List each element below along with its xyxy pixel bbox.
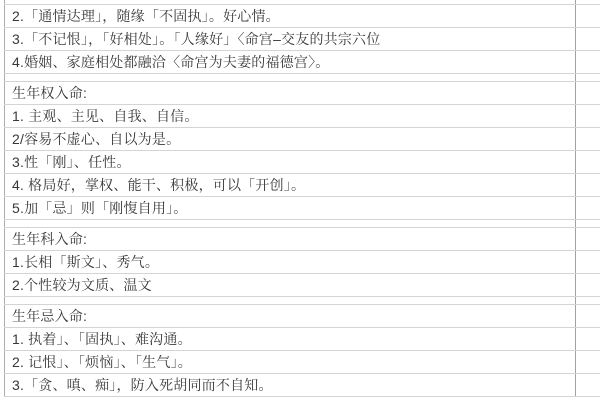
row-stub xyxy=(576,74,600,81)
table-row: 1. 主观、主见、自我、自信。 xyxy=(4,105,600,128)
table-row: 5.加「忌」则「刚愎自用」。 xyxy=(4,197,600,220)
row-text: 1.长相「斯文」、秀气。 xyxy=(4,251,576,273)
row-stub xyxy=(576,174,600,196)
table-row-spacer xyxy=(4,297,600,305)
section-heading-text: 生年科入命: xyxy=(4,228,576,250)
row-stub xyxy=(576,5,600,27)
row-text: 3.「不记恨」，「好相处」。「人缘好」〈命宫–交友的共宗六位 xyxy=(4,28,576,50)
table-row: 4. 格局好，掌权、能干、积极，可以「开创」。 xyxy=(4,174,600,197)
table-row: 2. 记恨」、「烦恼」、「生气」。 xyxy=(4,351,600,374)
row-text: 5.加「忌」则「刚愎自用」。 xyxy=(4,197,576,219)
table-row: 3.「贪、嗔、痴」，防入死胡同而不自知。 xyxy=(4,374,600,397)
interpretation-table: 2.「通情达理」，随缘「不固执」。好心情。 3.「不记恨」，「好相处」。「人缘好… xyxy=(4,0,600,397)
row-stub xyxy=(576,151,600,173)
table-row: 2/容易不虚心、自以为是。 xyxy=(4,128,600,151)
table-row: 3.「不记恨」，「好相处」。「人缘好」〈命宫–交友的共宗六位 xyxy=(4,28,600,51)
row-stub xyxy=(576,351,600,373)
row-text: 2. 记恨」、「烦恼」、「生气」。 xyxy=(4,351,576,373)
row-text xyxy=(4,0,576,4)
row-text: 4. 格局好，掌权、能干、积极，可以「开创」。 xyxy=(4,174,576,196)
row-stub xyxy=(576,220,600,227)
row-text: 3.性「刚」、任性。 xyxy=(4,151,576,173)
table-row-section-heading: 生年忌入命: xyxy=(4,305,600,328)
row-stub xyxy=(576,197,600,219)
row-text: 4.婚姻、家庭相处都融洽〈命宫为夫妻的福德宫〉。 xyxy=(4,51,576,73)
table-row-spacer xyxy=(4,74,600,82)
row-stub xyxy=(576,328,600,350)
row-text xyxy=(4,297,576,304)
row-stub xyxy=(576,51,600,73)
table-row: 2.个性较为文质、温文 xyxy=(4,274,600,297)
row-text: 2.「通情达理」，随缘「不固执」。好心情。 xyxy=(4,5,576,27)
row-text xyxy=(4,220,576,227)
table-row-section-heading: 生年权入命: xyxy=(4,82,600,105)
row-text: 1. 执着」、「固执」、难沟通。 xyxy=(4,328,576,350)
row-stub xyxy=(576,105,600,127)
table-row: 1.长相「斯文」、秀气。 xyxy=(4,251,600,274)
table-row: 1. 执着」、「固执」、难沟通。 xyxy=(4,328,600,351)
row-stub xyxy=(576,305,600,327)
table-row-section-heading: 生年科入命: xyxy=(4,228,600,251)
row-stub xyxy=(576,374,600,396)
row-text: 2.个性较为文质、温文 xyxy=(4,274,576,296)
row-text: 3.「贪、嗔、痴」，防入死胡同而不自知。 xyxy=(4,374,576,396)
row-stub xyxy=(576,128,600,150)
row-stub xyxy=(576,0,600,4)
section-heading-text: 生年权入命: xyxy=(4,82,576,104)
row-stub xyxy=(576,82,600,104)
table-row: 3.性「刚」、任性。 xyxy=(4,151,600,174)
row-stub xyxy=(576,228,600,250)
row-text xyxy=(4,74,576,81)
section-heading-text: 生年忌入命: xyxy=(4,305,576,327)
row-stub xyxy=(576,251,600,273)
table-row: 2.「通情达理」，随缘「不固执」。好心情。 xyxy=(4,5,600,28)
table-row-spacer xyxy=(4,220,600,228)
row-text: 1. 主观、主见、自我、自信。 xyxy=(4,105,576,127)
row-stub xyxy=(576,297,600,304)
row-stub xyxy=(576,274,600,296)
row-stub xyxy=(576,28,600,50)
table-row: 4.婚姻、家庭相处都融洽〈命宫为夫妻的福德宫〉。 xyxy=(4,51,600,74)
row-text: 2/容易不虚心、自以为是。 xyxy=(4,128,576,150)
